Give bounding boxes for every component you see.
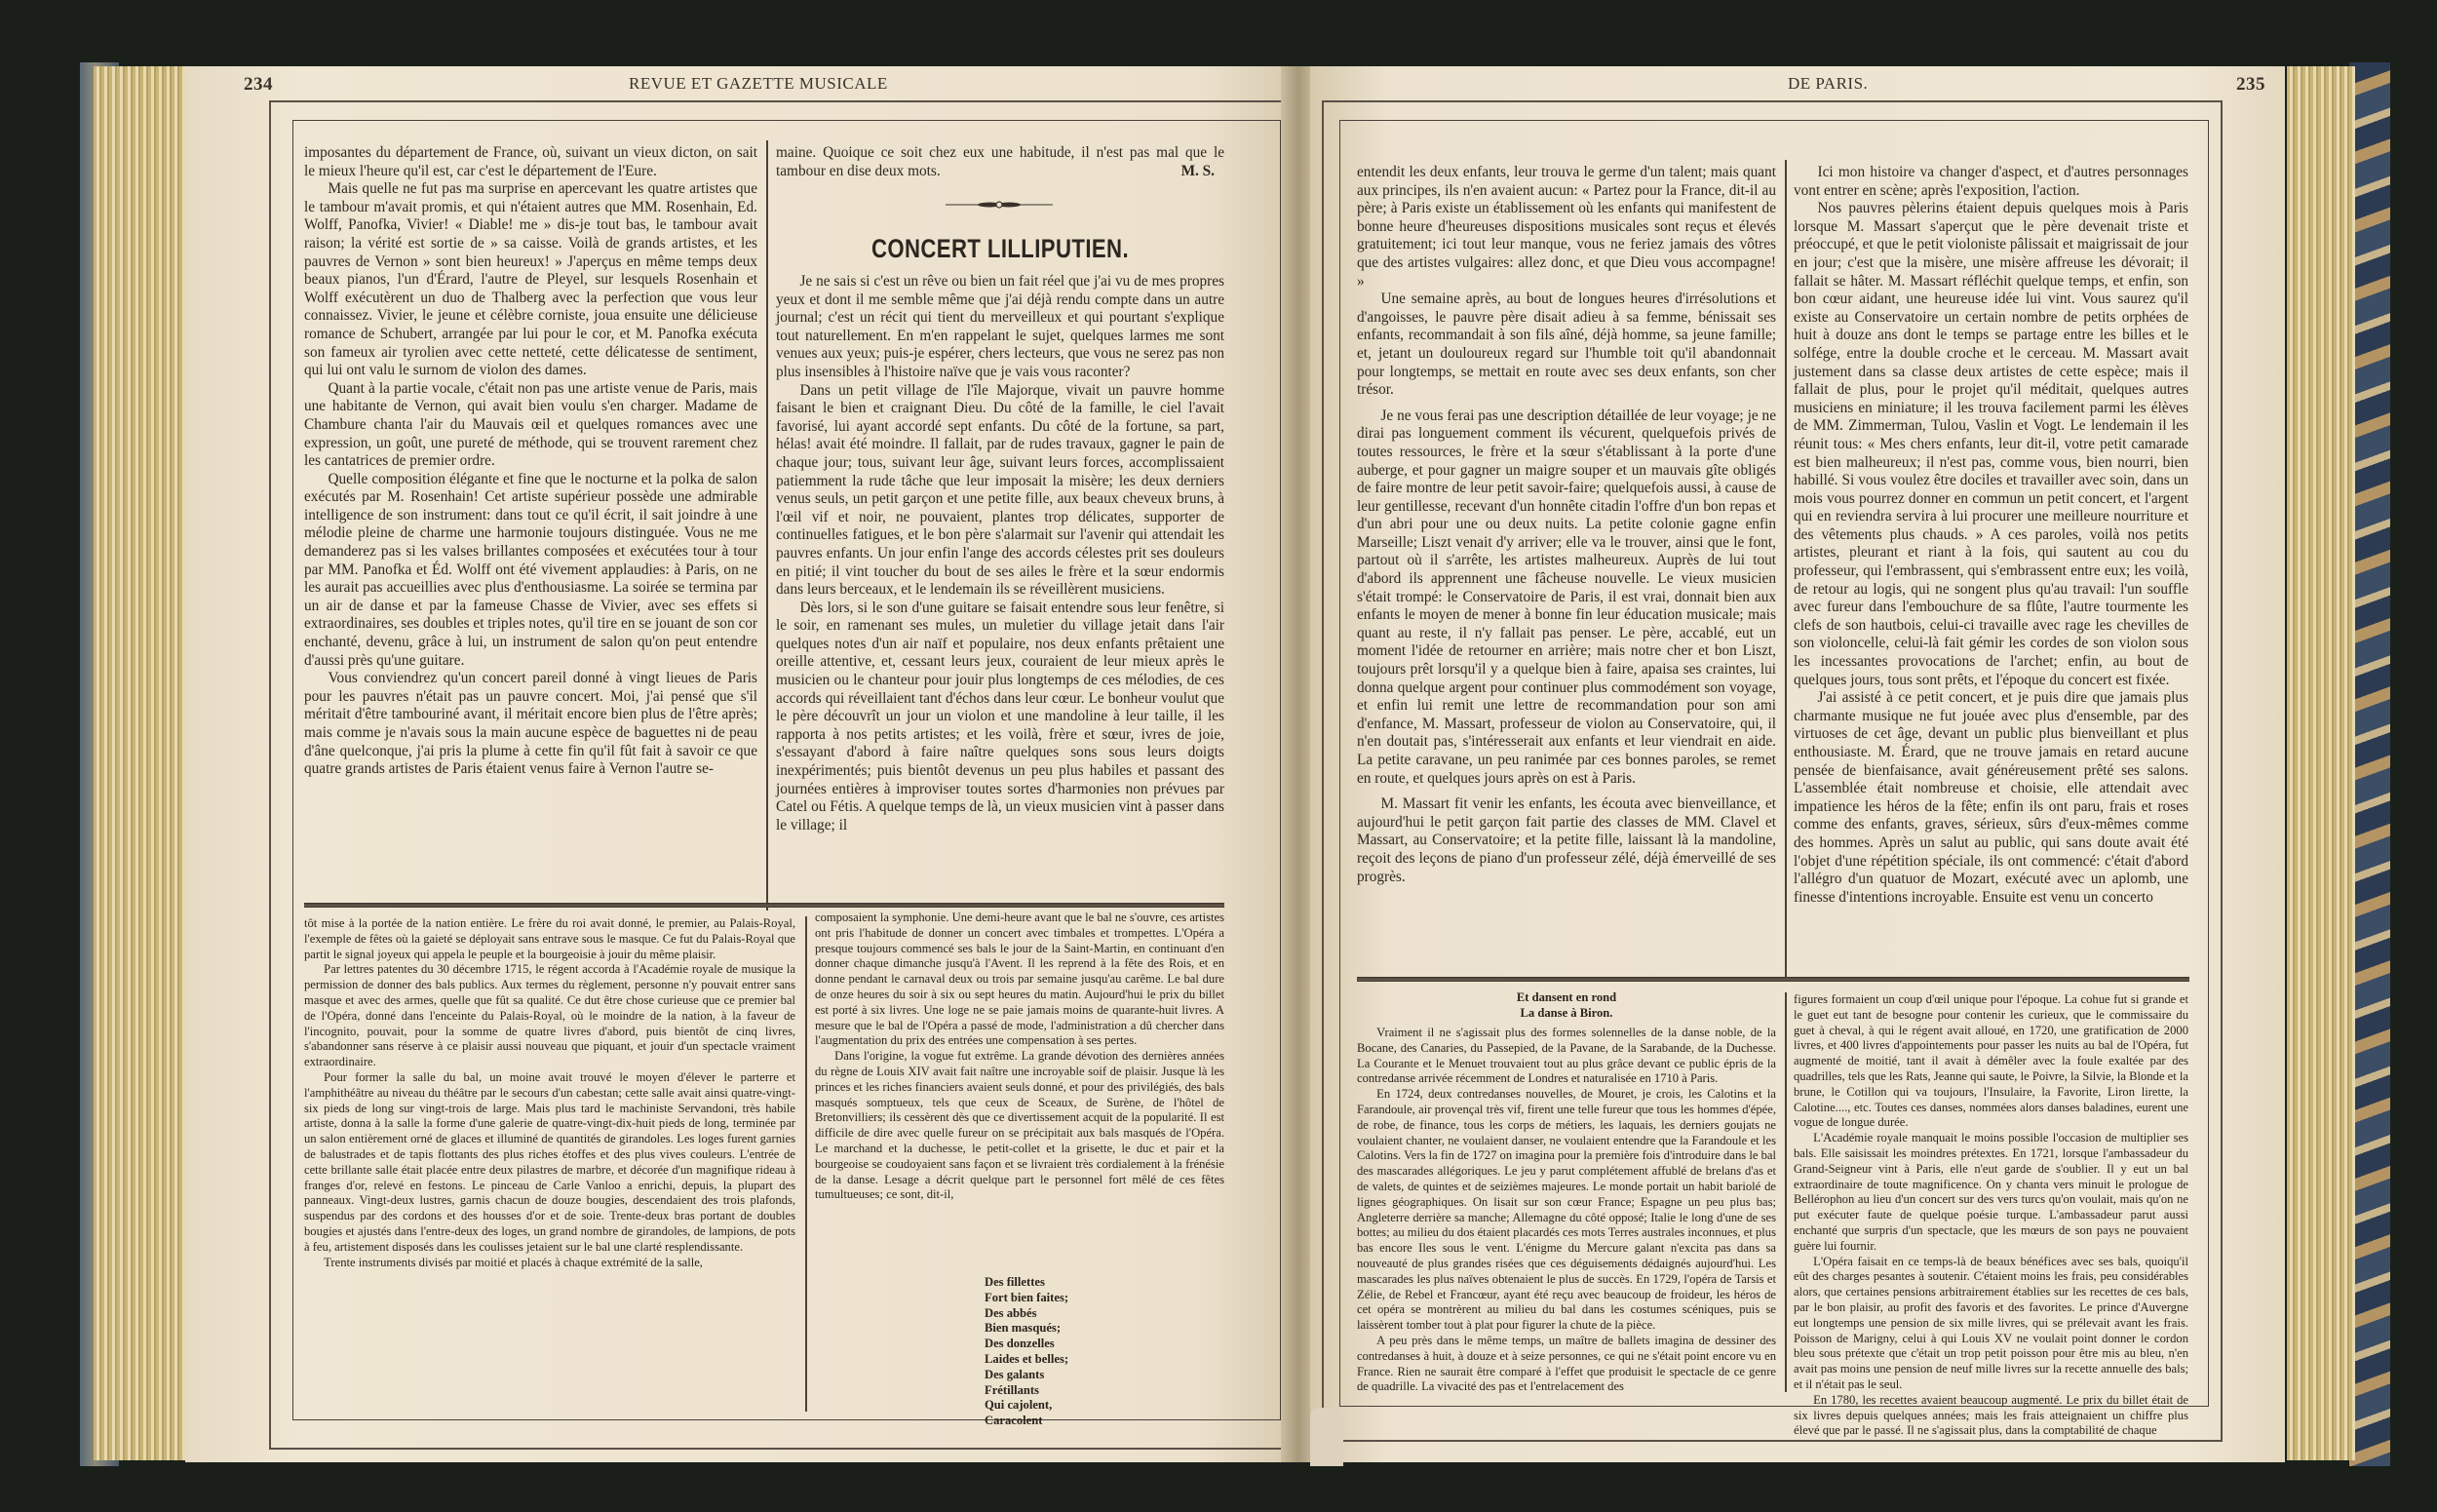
verse-line: Caracolent [985,1414,1068,1429]
left-feuilleton-col2: composaient la symphonie. Une demi-heure… [815,911,1224,1203]
page-number-right: 235 [2236,74,2265,96]
column-rule [1785,992,1787,1392]
right-page: DE PARIS. 235 entendit les deux enfants,… [1310,66,2285,1462]
verse-line: Fort bien faites; [985,1291,1068,1306]
running-head-left: REVUE ET GAZETTE MUSICALE [629,74,888,94]
column-rule [766,140,768,911]
verse-line: Laides et belles; [985,1352,1068,1368]
left-col2-body: Je ne sais si c'est un rêve ou bien un f… [776,273,1224,834]
verse-line: Des donzelles [985,1337,1068,1352]
column-rule [805,916,807,1412]
paragraph: Trente instruments divisés par moitié et… [304,1256,795,1271]
paragraph: Pour former la salle du bal, un moine av… [304,1070,795,1256]
paragraph: En 1724, deux contredanses nouvelles, de… [1357,1087,1776,1334]
paragraph: Quelle composition élégante et fine que … [304,471,757,671]
paragraph: L'Académie royale manquait le moins poss… [1794,1131,2188,1254]
paragraph: Je ne vous ferai pas une description dét… [1357,407,1776,788]
closing-text: maine. Quoique ce soit chez eux une habi… [776,144,1224,179]
paragraph: maine. Quoique ce soit chez eux une habi… [776,144,1224,180]
verse-line: Des galants [985,1368,1068,1383]
running-head-right: DE PARIS. [1788,74,1868,94]
left-col2: maine. Quoique ce soit chez eux une habi… [776,144,1224,180]
verse-line: Des fillettes [985,1275,1068,1291]
paragraph: Vous conviendrez qu'un concert pareil do… [304,670,757,779]
paragraph: L'Opéra faisait en ce temps-là de beaux … [1794,1255,2188,1393]
page-edges-left [94,66,191,1460]
left-page: 234 REVUE ET GAZETTE MUSICALE imposantes… [185,66,1287,1462]
article-title: CONCERT LILLIPUTIEN. [816,234,1183,264]
paragraph: figures formaient un coup d'œil unique p… [1794,992,2188,1131]
verse-line: Frétillants [985,1383,1068,1399]
marbled-cover-right [2349,62,2390,1466]
ornament-divider-icon [946,200,1053,210]
feuilleton-divider [1357,977,2189,982]
paragraph: Dans l'origine, la vogue fut extrême. La… [815,1049,1224,1203]
right-feuilleton-col2: figures formaient un coup d'œil unique p… [1794,992,2188,1439]
paragraph: A peu près dans le même temps, un maître… [1357,1334,1776,1395]
paragraph: Quant à la partie vocale, c'était non pa… [304,380,757,471]
page-number-left: 234 [244,74,273,96]
paragraph: tôt mise à la portée de la nation entièr… [304,916,795,962]
paragraph: En 1780, les recettes avaient beaucoup a… [1794,1393,2188,1439]
page-edges-right [2287,66,2355,1460]
paragraph: Dans un petit village de l'île Majorque,… [776,382,1224,600]
paragraph: imposantes du département de France, où,… [304,144,757,180]
paragraph: composaient la symphonie. Une demi-heure… [815,911,1224,1049]
verse-line: La danse à Biron. [1357,1006,1776,1022]
right-feuilleton-col1: Vraiment il ne s'agissait plus des forme… [1357,1026,1776,1395]
column-rule [1785,160,1787,979]
paragraph: Ici mon histoire va changer d'aspect, et… [1794,164,2188,200]
author-signature: M. S. [1181,163,1215,181]
verse-line: Bien masqués; [985,1321,1068,1337]
verse-end: Et dansent en rond La danse à Biron. [1357,990,1776,1022]
right-col1: entendit les deux enfants, leur trouva l… [1357,164,1776,886]
verse-line: Des abbés [985,1306,1068,1322]
left-col1: imposantes du département de France, où,… [304,144,757,779]
paragraph: Par lettres patentes du 30 décembre 1715… [304,962,795,1070]
verse-block: Des fillettes Fort bien faites; Des abbé… [985,1275,1068,1429]
paragraph: Mais quelle ne fut pas ma surprise en ap… [304,180,757,380]
paragraph: J'ai assisté à ce petit concert, et je p… [1794,689,2188,907]
open-book: 234 REVUE ET GAZETTE MUSICALE imposantes… [80,62,2390,1466]
verse-line: Et dansent en rond [1357,990,1776,1006]
left-feuilleton-col1: tôt mise à la portée de la nation entièr… [304,916,795,1270]
paragraph: Vraiment il ne s'agissait plus des forme… [1357,1026,1776,1087]
paragraph: Dès lors, si le son d'une guitare se fai… [776,600,1224,835]
paragraph: entendit les deux enfants, leur trouva l… [1357,164,1776,291]
paragraph: Nos pauvres pèlerins étaient depuis quel… [1794,200,2188,689]
verse-line: Qui cajolent, [985,1398,1068,1414]
feuilleton-divider [304,903,1224,908]
paper-tab [1310,1408,1343,1466]
right-col2: Ici mon histoire va changer d'aspect, et… [1794,164,2188,907]
paragraph: Une semaine après, au bout de longues he… [1357,291,1776,400]
paragraph: M. Massart fit venir les enfants, les éc… [1357,795,1776,886]
paragraph: Je ne sais si c'est un rêve ou bien un f… [776,273,1224,382]
